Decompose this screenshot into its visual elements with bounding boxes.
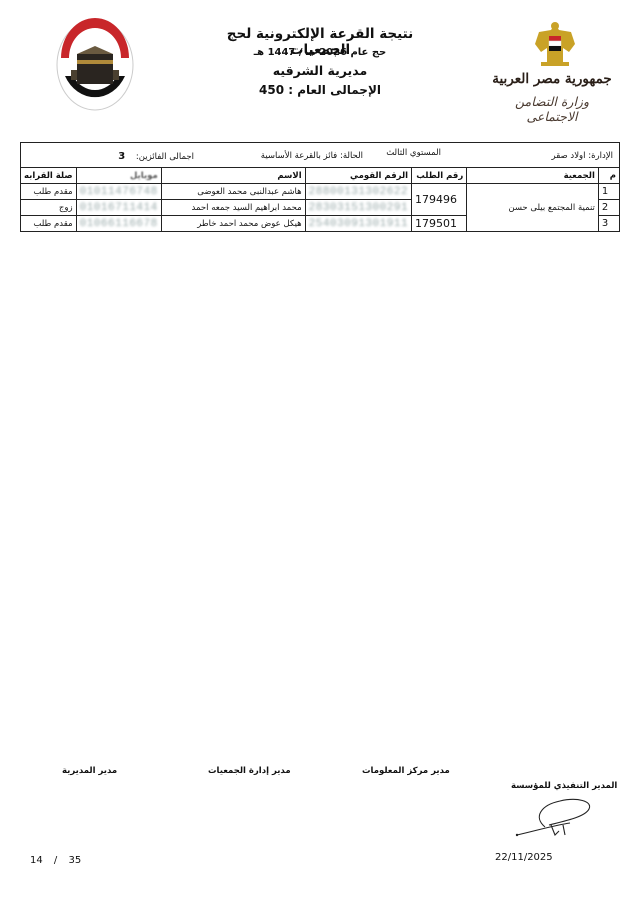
grand-total-label: الإجمالى العام :	[288, 83, 381, 97]
directorate-name: مديرية الشرقيه	[200, 63, 440, 78]
grand-total: الإجمالى العام : 450	[200, 83, 440, 97]
request-number: 179496	[412, 184, 467, 216]
national-id-value: 28303151300291	[309, 202, 408, 214]
mobile: 01066116678	[76, 216, 161, 232]
signature-mark	[515, 795, 595, 845]
table-header-row: م الجمعية رقم الطلب الرقم القومي الاسم م…	[21, 168, 620, 184]
grand-total-value: 450	[259, 83, 284, 97]
national-id-value: 28800131302622	[309, 186, 408, 198]
row-index: 2	[598, 200, 619, 216]
administration-label: الإدارة:	[588, 151, 613, 161]
status: الحالة: فائز بالقرعة الأساسية	[261, 151, 363, 161]
page-current: 14	[30, 855, 43, 866]
mobile-value: 01011476748	[80, 186, 158, 198]
info-bar: الإدارة: اولاد صقر المستوي الثالث الحالة…	[20, 142, 620, 167]
hajj-emblem-logo	[55, 18, 135, 112]
winners-total-value: 3	[118, 151, 125, 162]
relation: زوج	[21, 200, 77, 216]
col-index: م	[598, 168, 619, 184]
col-mobile: موبايل	[76, 168, 161, 184]
col-request-no: رقم الطلب	[412, 168, 467, 184]
col-mobile-label: موبايل	[130, 171, 158, 181]
national-id-value: 25403091301911	[309, 218, 408, 230]
administration: الإدارة: اولاد صقر	[552, 151, 614, 161]
row-index: 1	[598, 184, 619, 200]
relation: مقدم طلب	[21, 184, 77, 200]
association-name: تنمية المجتمع بيلى حسن	[467, 184, 599, 232]
winners-table: م الجمعية رقم الطلب الرقم القومي الاسم م…	[20, 167, 620, 232]
national-id: 28303151300291	[305, 200, 411, 216]
national-id: 28800131302622	[305, 184, 411, 200]
report-date: 22/11/2025	[495, 852, 553, 863]
winners-total-label: اجمالى الفائزين:	[136, 152, 194, 162]
sig-executive-director: المدير التنفيذي للمؤسسة	[511, 781, 617, 791]
sig-directorate-manager: مدير المديرية	[62, 766, 117, 776]
status-value: فائز بالقرعة الأساسية	[261, 151, 337, 161]
status-label: الحالة:	[340, 151, 363, 161]
page-total: 35	[68, 855, 81, 866]
winners-total: اجمالى الفائزين: 3	[118, 151, 194, 162]
government-name: جمهورية مصر العربية	[490, 71, 614, 87]
row-index: 3	[598, 216, 619, 232]
mobile-value: 01066116678	[80, 218, 158, 230]
col-name: الاسم	[161, 168, 305, 184]
sig-associations-manager: مدير إدارة الجمعيات	[208, 766, 291, 776]
national-id: 25403091301911	[305, 216, 411, 232]
col-relation: صلة القرابه	[21, 168, 77, 184]
mobile-value: 01016711414	[80, 202, 158, 214]
person-name: هاشم عبدالنبى محمد العوضى	[161, 184, 305, 200]
col-association: الجمعية	[467, 168, 599, 184]
page-indicator: 14 / 35	[30, 855, 81, 866]
administration-value: اولاد صقر	[552, 151, 586, 161]
request-number: 179501	[412, 216, 467, 232]
page-separator: /	[54, 855, 57, 866]
hajj-year: حج عام 2026 مـ / 1447 هـ	[200, 47, 440, 58]
mobile: 01016711414	[76, 200, 161, 216]
relation: مقدم طلب	[21, 216, 77, 232]
ministry-name: وزارة التضامن الاجتماعى	[490, 94, 614, 124]
table-row: 1 تنمية المجتمع بيلى حسن 179496 28800131…	[21, 184, 620, 200]
sig-info-center-manager: مدير مركز المعلومات	[362, 766, 450, 776]
col-national-id: الرقم القومي	[305, 168, 411, 184]
person-name: هيكل عوض محمد احمد خاطر	[161, 216, 305, 232]
mobile: 01011476748	[76, 184, 161, 200]
person-name: محمد ابراهيم السيد جمعه احمد	[161, 200, 305, 216]
level: المستوي الثالث	[386, 148, 441, 158]
